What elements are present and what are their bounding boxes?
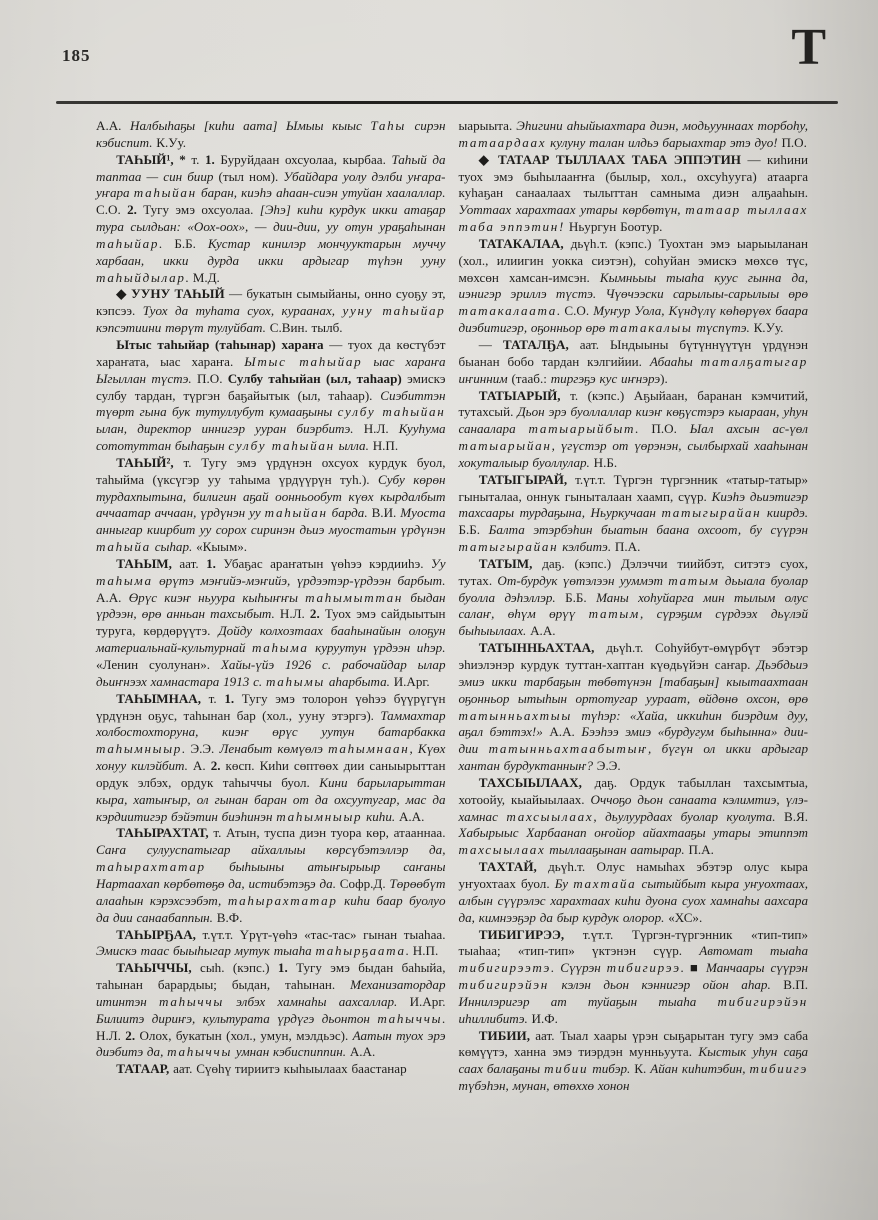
entry-headword: 2.: [125, 1028, 139, 1043]
entry-text: Айан киһитэбин,: [650, 1061, 749, 1076]
entry-headword: 1.: [205, 152, 220, 167]
entry-text: таһырахтатар: [228, 893, 338, 908]
entry-headword: 2.: [211, 758, 226, 773]
entry-headword: ТАТАКАЛАА,: [479, 236, 571, 251]
entry-text: Тугу эмэ охсуолаа.: [143, 202, 259, 217]
entry-headword: ТАТАЛҔА,: [503, 337, 580, 352]
entry-text: аат.: [179, 556, 206, 571]
entry-text: Эмискэ таас быыһыгар мутук тыаһа: [96, 943, 315, 958]
dictionary-entry: ТАТААР, аат. Сүөһү тириитэ кыһыылаах баа…: [96, 1061, 446, 1078]
entry-text: «Ленин суолунан».: [96, 657, 221, 672]
section-letter: Т: [791, 22, 826, 74]
entry-text: Н.Л.: [96, 1028, 125, 1043]
entry-text: Н.Л.: [275, 606, 310, 621]
entry-text: таһымнаан: [328, 741, 409, 756]
dictionary-entry: ТАХСЫЫЛААХ, даҕ. Ордук табыллан тахсымты…: [459, 775, 809, 859]
entry-headword: ТИБИГИРЭЭ,: [479, 927, 583, 942]
entry-text: иһиллибитэ.: [459, 1011, 528, 1026]
entry-text: (тыл ном).: [219, 169, 284, 184]
entry-text: сулбу таһыйан: [228, 438, 334, 453]
entry-text: ууну таһыйар: [342, 303, 445, 318]
entry-text: К.Уу.: [750, 320, 784, 335]
entry-headword: ТАХТАЙ,: [479, 859, 548, 874]
entry-text: Хабырыыс Харбаанап оҥойор айахтааҕы утар…: [459, 825, 809, 840]
dictionary-entry: ТАТЫГЫРАЙ, т.үт.т. Түргэн түргэнник «тат…: [459, 472, 809, 556]
entry-text: ■: [684, 960, 706, 975]
entry-text: А.А.: [526, 623, 555, 638]
entry-text: таһыма: [252, 640, 309, 655]
entry-text: тибэр.: [588, 1061, 630, 1076]
entry-text: ылан, директор иннигэр ууран биэрбитэ.: [96, 421, 354, 436]
entry-headword: 1.: [278, 960, 296, 975]
entry-text: таһырахтатар: [96, 859, 206, 874]
entry-text: А.А.: [346, 1044, 375, 1059]
entry-headword: ТАҺЫРҔАА,: [116, 927, 202, 942]
entry-text: таһырҕаата: [315, 943, 405, 958]
entry-headword: ◆ ТАТААР ТЫЛЛААХ ТАБА ЭППЭТИН: [479, 152, 741, 167]
page-number: 185: [62, 46, 91, 66]
entry-headword: ТАҺЫЙ¹, *: [116, 152, 191, 167]
entry-text: «ХС».: [664, 910, 702, 925]
entry-text: аат. Сүөһү тириитэ кыһыылаах баастанар: [173, 1061, 407, 1076]
entry-text: түбэһэн, мунан, өтөххө хонон: [459, 1078, 630, 1093]
entry-text: П.О.: [778, 135, 807, 150]
entry-text: таһымныыр: [96, 741, 182, 756]
entry-text: П.А.: [685, 842, 714, 857]
entry-text: татыгырайан: [459, 539, 559, 554]
entry-text: татаардаах: [459, 135, 547, 150]
entry-text: А.А.: [96, 118, 130, 133]
entry-headword: ◆ УУНУ ТАҺЫЙ: [116, 286, 224, 301]
entry-headword: Сулбу таһыйан (ыл, таһаар): [228, 371, 402, 386]
entry-text: таһыйан: [265, 505, 328, 520]
entry-text: умнан кэбиспиппин.: [232, 1044, 346, 1059]
entry-text: сыһар.: [151, 539, 192, 554]
dictionary-entry: ТАҺЫРҔАА, т.үт.т. Үрүт-үөһэ «тас-тас» гы…: [96, 927, 446, 961]
dictionary-entry: ТИБИГИРЭЭ, т.үт.т. Түргэн-түргэнник «тип…: [459, 927, 809, 1028]
dictionary-entry: ТАТАКАЛАА, дьүһ.т. (кэпс.) Туохтан эмэ ы…: [459, 236, 809, 337]
entry-text: тибигирээтэ: [459, 960, 552, 975]
dictionary-entry: ТАТЫАРЫЙ, т. (кэпс.) Аҕыйаан, баранан кэ…: [459, 388, 809, 472]
entry-headword: ТАҺЫЧЧЫ,: [116, 960, 200, 975]
entry-text: Таһы: [370, 118, 406, 133]
entry-text: татыгырайан: [661, 505, 761, 520]
entry-text: аһарбыта.: [325, 674, 390, 689]
entry-headword: ТАҺЫЙ²,: [116, 455, 183, 470]
entry-text: Иннилэригэр ат туйаҕын тыаһа: [459, 994, 718, 1009]
entry-headword: Ытыс таһыйар (таһынар) хараҥа: [116, 337, 323, 352]
entry-text: Убаҕас араҥатын үөһээ кэрдииһэ.: [223, 556, 431, 571]
entry-text: Саҥа сулууспатыгар айхаллыы көрсүбэтэллэ…: [96, 842, 446, 857]
entry-headword: 1.: [206, 556, 223, 571]
entry-text: тахсыылаах: [506, 809, 593, 824]
entry-text: Уу: [431, 556, 446, 571]
entry-text: татынньахтаабытыҥ: [489, 741, 648, 756]
entry-text: таһыма: [96, 573, 153, 588]
entry-text: ыарыыта.: [459, 118, 517, 133]
entry-text: В.П.: [771, 977, 808, 992]
entry-text: тиргэҕэ кус иҥнэрэ: [551, 371, 660, 386]
entry-text: тибигирэйэн: [459, 977, 550, 992]
entry-text: татынньахтыы: [459, 708, 572, 723]
entry-headword: ТАТЫННЬАХТАА,: [479, 640, 606, 655]
entry-text: С.О.: [96, 202, 127, 217]
entry-text: тибигирээ: [607, 960, 681, 975]
entry-text: Ыал ахсын ас-үөл: [690, 421, 808, 436]
dictionary-entry: — ТАТАЛҔА, аат. Ындыыны бүтүннүүтүн үрдү…: [459, 337, 809, 388]
entry-text: Буруйдаан охсуолаа, кырбаа.: [220, 152, 391, 167]
entry-text: таһыйдылар: [96, 270, 186, 285]
entry-text: тахтайа: [573, 876, 636, 891]
entry-text: Налбыһаҕы [киһи аата] Ымыы кыыс: [130, 118, 370, 133]
entry-text: таһымы: [266, 674, 325, 689]
entry-text: таһыйар: [96, 236, 159, 251]
entry-text: Ытыс таһыйар: [244, 354, 362, 369]
entry-text: Балта этэрбэһин быатын баана охсоот, бу …: [489, 522, 808, 537]
entry-text: А.А.: [543, 724, 582, 739]
entry-text: Н.Б.: [590, 455, 617, 470]
entry-text: Уоттаах харахтаах утары көрбөтүн,: [459, 202, 686, 217]
entry-headword: ТАҺЫМ,: [116, 556, 179, 571]
entry-headword: ТАХСЫЫЛААХ,: [479, 775, 595, 790]
entry-text: Туох да туһата суох, кураанах,: [143, 303, 343, 318]
entry-headword: 2.: [127, 202, 143, 217]
entry-text: В.Ф.: [213, 910, 242, 925]
entry-text: тибии: [544, 1061, 588, 1076]
entry-text: татым: [589, 606, 640, 621]
entry-text: Н.Л.: [354, 421, 399, 436]
entry-text: татыарыйан: [459, 438, 552, 453]
entry-text: ылла.: [335, 438, 369, 453]
dictionary-entry: ◆ ТАТААР ТЫЛЛААХ ТАБА ЭППЭТИН — киһини т…: [459, 152, 809, 236]
entry-text: кэпсэтиини төрүт тулуйбат.: [96, 320, 266, 335]
entry-text: И.Арг.: [390, 674, 430, 689]
entry-text: таһымныыр: [276, 809, 362, 824]
entry-text: А.А.: [96, 590, 129, 605]
dictionary-entry: ТАҺЫМНАА, т. 1. Тугу эмэ толорон үөһээ б…: [96, 691, 446, 826]
entry-text: —: [479, 337, 503, 352]
column-left: А.А. Налбыһаҕы [киһи аата] Ымыы кыыс Таһ…: [96, 118, 446, 1095]
entry-text: Э.Э.: [185, 741, 219, 756]
entry-text: С.Вин. тылб.: [266, 320, 343, 335]
entry-text: кулуну талан илдьэ барыахтар этэ дуо!: [546, 135, 777, 150]
entry-text: татакалаата: [459, 303, 558, 318]
entry-text: татакалыы: [609, 320, 692, 335]
entry-text: П.А.: [611, 539, 640, 554]
dictionary-entry: ТАҺЫЙ², т. Тугу эмэ үрдүнэн охсуох курду…: [96, 455, 446, 556]
dictionary-entry: ТИБИИ, аат. Тыал хаары үрэн сыҕарытан ту…: [459, 1028, 809, 1095]
entry-text: т.үт.т. Үрүт-үөһэ «тас-тас» гынан тыаһаа…: [203, 927, 446, 942]
entry-headword: 1.: [224, 691, 241, 706]
entry-text: П.О.: [192, 371, 228, 386]
entry-text: кэлбитэ.: [558, 539, 611, 554]
entry-text: К.: [630, 1061, 650, 1076]
entry-text: И.Ф.: [528, 1011, 558, 1026]
entry-text: татым: [668, 573, 719, 588]
entry-text: Б.Б.: [162, 236, 207, 251]
entry-headword: ТАТААР,: [116, 1061, 173, 1076]
entry-text: таһыйа: [96, 539, 151, 554]
entry-text: түспүтэ.: [693, 320, 750, 335]
entry-text: Эһигини аһыйыахтара диэн, модьууннаах то…: [516, 118, 808, 133]
entry-text: куруутун үрдээн иһэр.: [309, 640, 446, 655]
entry-headword: ТАТЫГЫРАЙ,: [479, 472, 575, 487]
entry-text: .: [442, 1011, 445, 1026]
entry-text: элбэх хамнаһы аахсаллар.: [224, 994, 397, 1009]
entry-text: кэлэн дьон кэннигэр ойон аһар.: [549, 977, 771, 992]
entry-text: киһи.: [362, 809, 395, 824]
entry-text: Ньургун Боотур.: [565, 219, 662, 234]
entry-text: С.О.: [560, 303, 593, 318]
dictionary-entry: ТАҺЫЧЧЫ, сыһ. (кэпс.) 1. Тугу эмэ быдан …: [96, 960, 446, 1061]
dictionary-entry: Ытыс таһыйар (таһынар) хараҥа — туох да …: [96, 337, 446, 455]
header-rule: [56, 101, 838, 104]
entry-text: таһыйан: [134, 185, 197, 200]
dictionary-entry: ТАҺЫМ, аат. 1. Убаҕас араҥатын үөһээ кэр…: [96, 556, 446, 691]
entry-text: тибигирэйэн: [718, 994, 809, 1009]
entry-text: баран, киэһэ аһаан-сиэн утуйан хаалаллар…: [197, 185, 446, 200]
entry-text: А.А.: [395, 809, 424, 824]
entry-text: т.: [209, 691, 225, 706]
dictionary-entry: ТАҺЫЙ¹, * т. 1. Буруйдаан охсуолаа, кырб…: [96, 152, 446, 287]
entry-text: таһыччы: [167, 1044, 232, 1059]
entry-text: тыллааҕынан аатырар.: [546, 842, 685, 857]
dictionary-entry: ТАҺЫРАХТАТ, т. Атын, туспа диэн туора кө…: [96, 825, 446, 926]
entry-text: Э.Э.: [593, 758, 621, 773]
entry-text: таһыччы: [159, 994, 224, 1009]
entry-text: К.Уу.: [152, 135, 186, 150]
entry-text: таһымыттан: [305, 590, 403, 605]
entry-text: , дьулуурдаах буолар куолута.: [593, 809, 775, 824]
dictionary-entry: А.А. Налбыһаҕы [киһи аата] Ымыы кыыс Таһ…: [96, 118, 446, 152]
dictionary-entry: ТАТЫМ, даҕ. (кэпс.) Дэлэччи тиийбэт, сит…: [459, 556, 809, 640]
dictionary-entry: ыарыыта. Эһигини аһыйыахтара диэн, модьу…: [459, 118, 809, 152]
entry-headword: 2.: [310, 606, 325, 621]
dictionary-entry: ТАХТАЙ, дьүһ.т. Олус намыһах эбэтэр олус…: [459, 859, 809, 926]
entry-text: М.Д.: [189, 270, 220, 285]
entry-headword: ТИБИИ,: [479, 1028, 535, 1043]
entry-text: В.И.: [368, 505, 401, 520]
entry-text: Олох, букатын (хол., умун, мэлдьэс).: [139, 1028, 352, 1043]
entry-text: сыһ. (кэпс.): [200, 960, 278, 975]
entry-text: ).: [660, 371, 668, 386]
entry-text: Ленабыт көмүөлэ: [220, 741, 329, 756]
entry-text: П.О.: [638, 421, 689, 436]
entry-text: Абааһы: [650, 354, 701, 369]
entry-text: барда.: [328, 505, 368, 520]
entry-text: киирдэ.: [761, 505, 808, 520]
entry-text: тибиигэ: [750, 1061, 808, 1076]
entry-text: т. Атын, туспа диэн туора көр, атааннаа.: [213, 825, 445, 840]
entry-text: Автомат тыаһа: [699, 943, 808, 958]
entry-headword: ТАТЫАРЫЙ,: [479, 388, 570, 403]
entry-text: Софр.Д.: [336, 876, 389, 891]
entry-text: тахсыылаах: [459, 842, 546, 857]
entry-text: И.Арг.: [397, 994, 445, 1009]
entry-headword: ТАҺЫМНАА,: [116, 691, 208, 706]
entry-text: А.: [188, 758, 211, 773]
dictionary-entry: ◆ УУНУ ТАҺЫЙ — букатын сымыйаны, онно су…: [96, 286, 446, 337]
entry-text: өрүтэ мэҥийэ-мэҥийэ, үрдээтэр-үрдээн бар…: [153, 573, 446, 588]
text-block: А.А. Налбыһаҕы [киһи аата] Ымыы кыыс Таһ…: [96, 118, 808, 1095]
entry-headword: ТАТЫМ,: [479, 556, 542, 571]
entry-headword: ТАҺЫРАХТАТ,: [116, 825, 213, 840]
entry-text: Бу: [555, 876, 574, 891]
entry-text: «Кыым».: [192, 539, 247, 554]
entry-text: Манчаары сүүрэн: [706, 960, 808, 975]
entry-text: (тааб.:: [508, 371, 551, 386]
entry-text: иҥинним: [459, 371, 508, 386]
dictionary-entry: ТАТЫННЬАХТАА, дьүһ.т. Соһуйбут-өмүрбүт э…: [459, 640, 809, 775]
entry-text: татыарыйбыт: [529, 421, 636, 436]
entry-text: В.Я.: [775, 809, 808, 824]
column-right: ыарыыта. Эһигини аһыйыахтара диэн, модьу…: [459, 118, 809, 1095]
entry-text: т.: [191, 152, 205, 167]
entry-text: Н.П.: [369, 438, 398, 453]
entry-text: таһыччы: [377, 1011, 442, 1026]
entry-text: Н.П.: [409, 943, 438, 958]
entry-text: От-бурдук үөтэлээн ууммэт: [497, 573, 668, 588]
entry-text: . Сүүрэн: [551, 960, 607, 975]
entry-text: Билиитэ дириҥэ, культурата үрдүгэ дьонто…: [96, 1011, 377, 1026]
entry-text: Б.Б.: [459, 522, 489, 537]
entry-text: таталҕатыгар: [701, 354, 808, 369]
entry-text: сулбу таһыйан: [338, 404, 446, 419]
entry-text: Б.Б.: [556, 590, 596, 605]
dictionary-page-scan: 185 Т А.А. Налбыһаҕы [киһи аата] Ымыы кы…: [0, 0, 878, 1220]
entry-text: Өрүс киэҥ ньуура кыһыҥҥы: [129, 590, 305, 605]
